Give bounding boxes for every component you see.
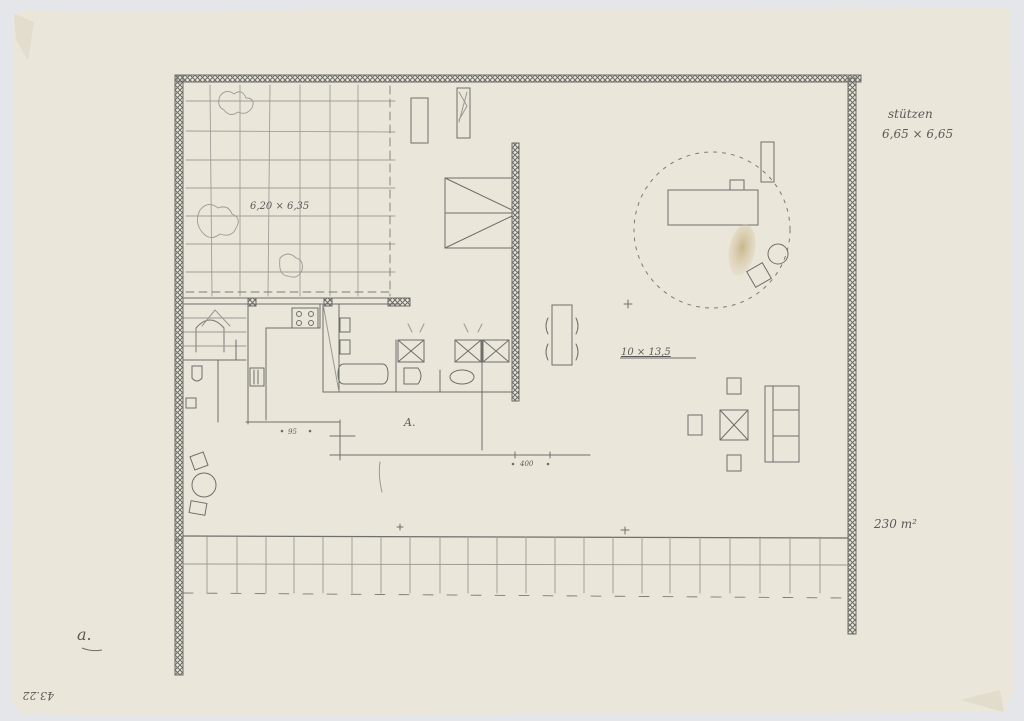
sheet-mark: a. — [77, 625, 92, 644]
dimension-400: 400 — [519, 460, 534, 468]
main-space-size: 10 × 13,5 — [621, 347, 671, 358]
column-label: stützen — [888, 107, 933, 121]
catalog-number: 43.22 — [23, 689, 56, 702]
dimension-95: 95 — [288, 428, 297, 436]
column-size: 6,65 × 6,65 — [882, 127, 953, 141]
grid-room-size: 6,20 × 6,35 — [250, 201, 309, 212]
area-label: 230 m² — [873, 517, 917, 531]
room-mark: A. — [403, 416, 415, 429]
floor-plan-sketch: stützen 6,65 × 6,65 6,20 × 6,35 10 × 13,… — [0, 0, 1024, 721]
